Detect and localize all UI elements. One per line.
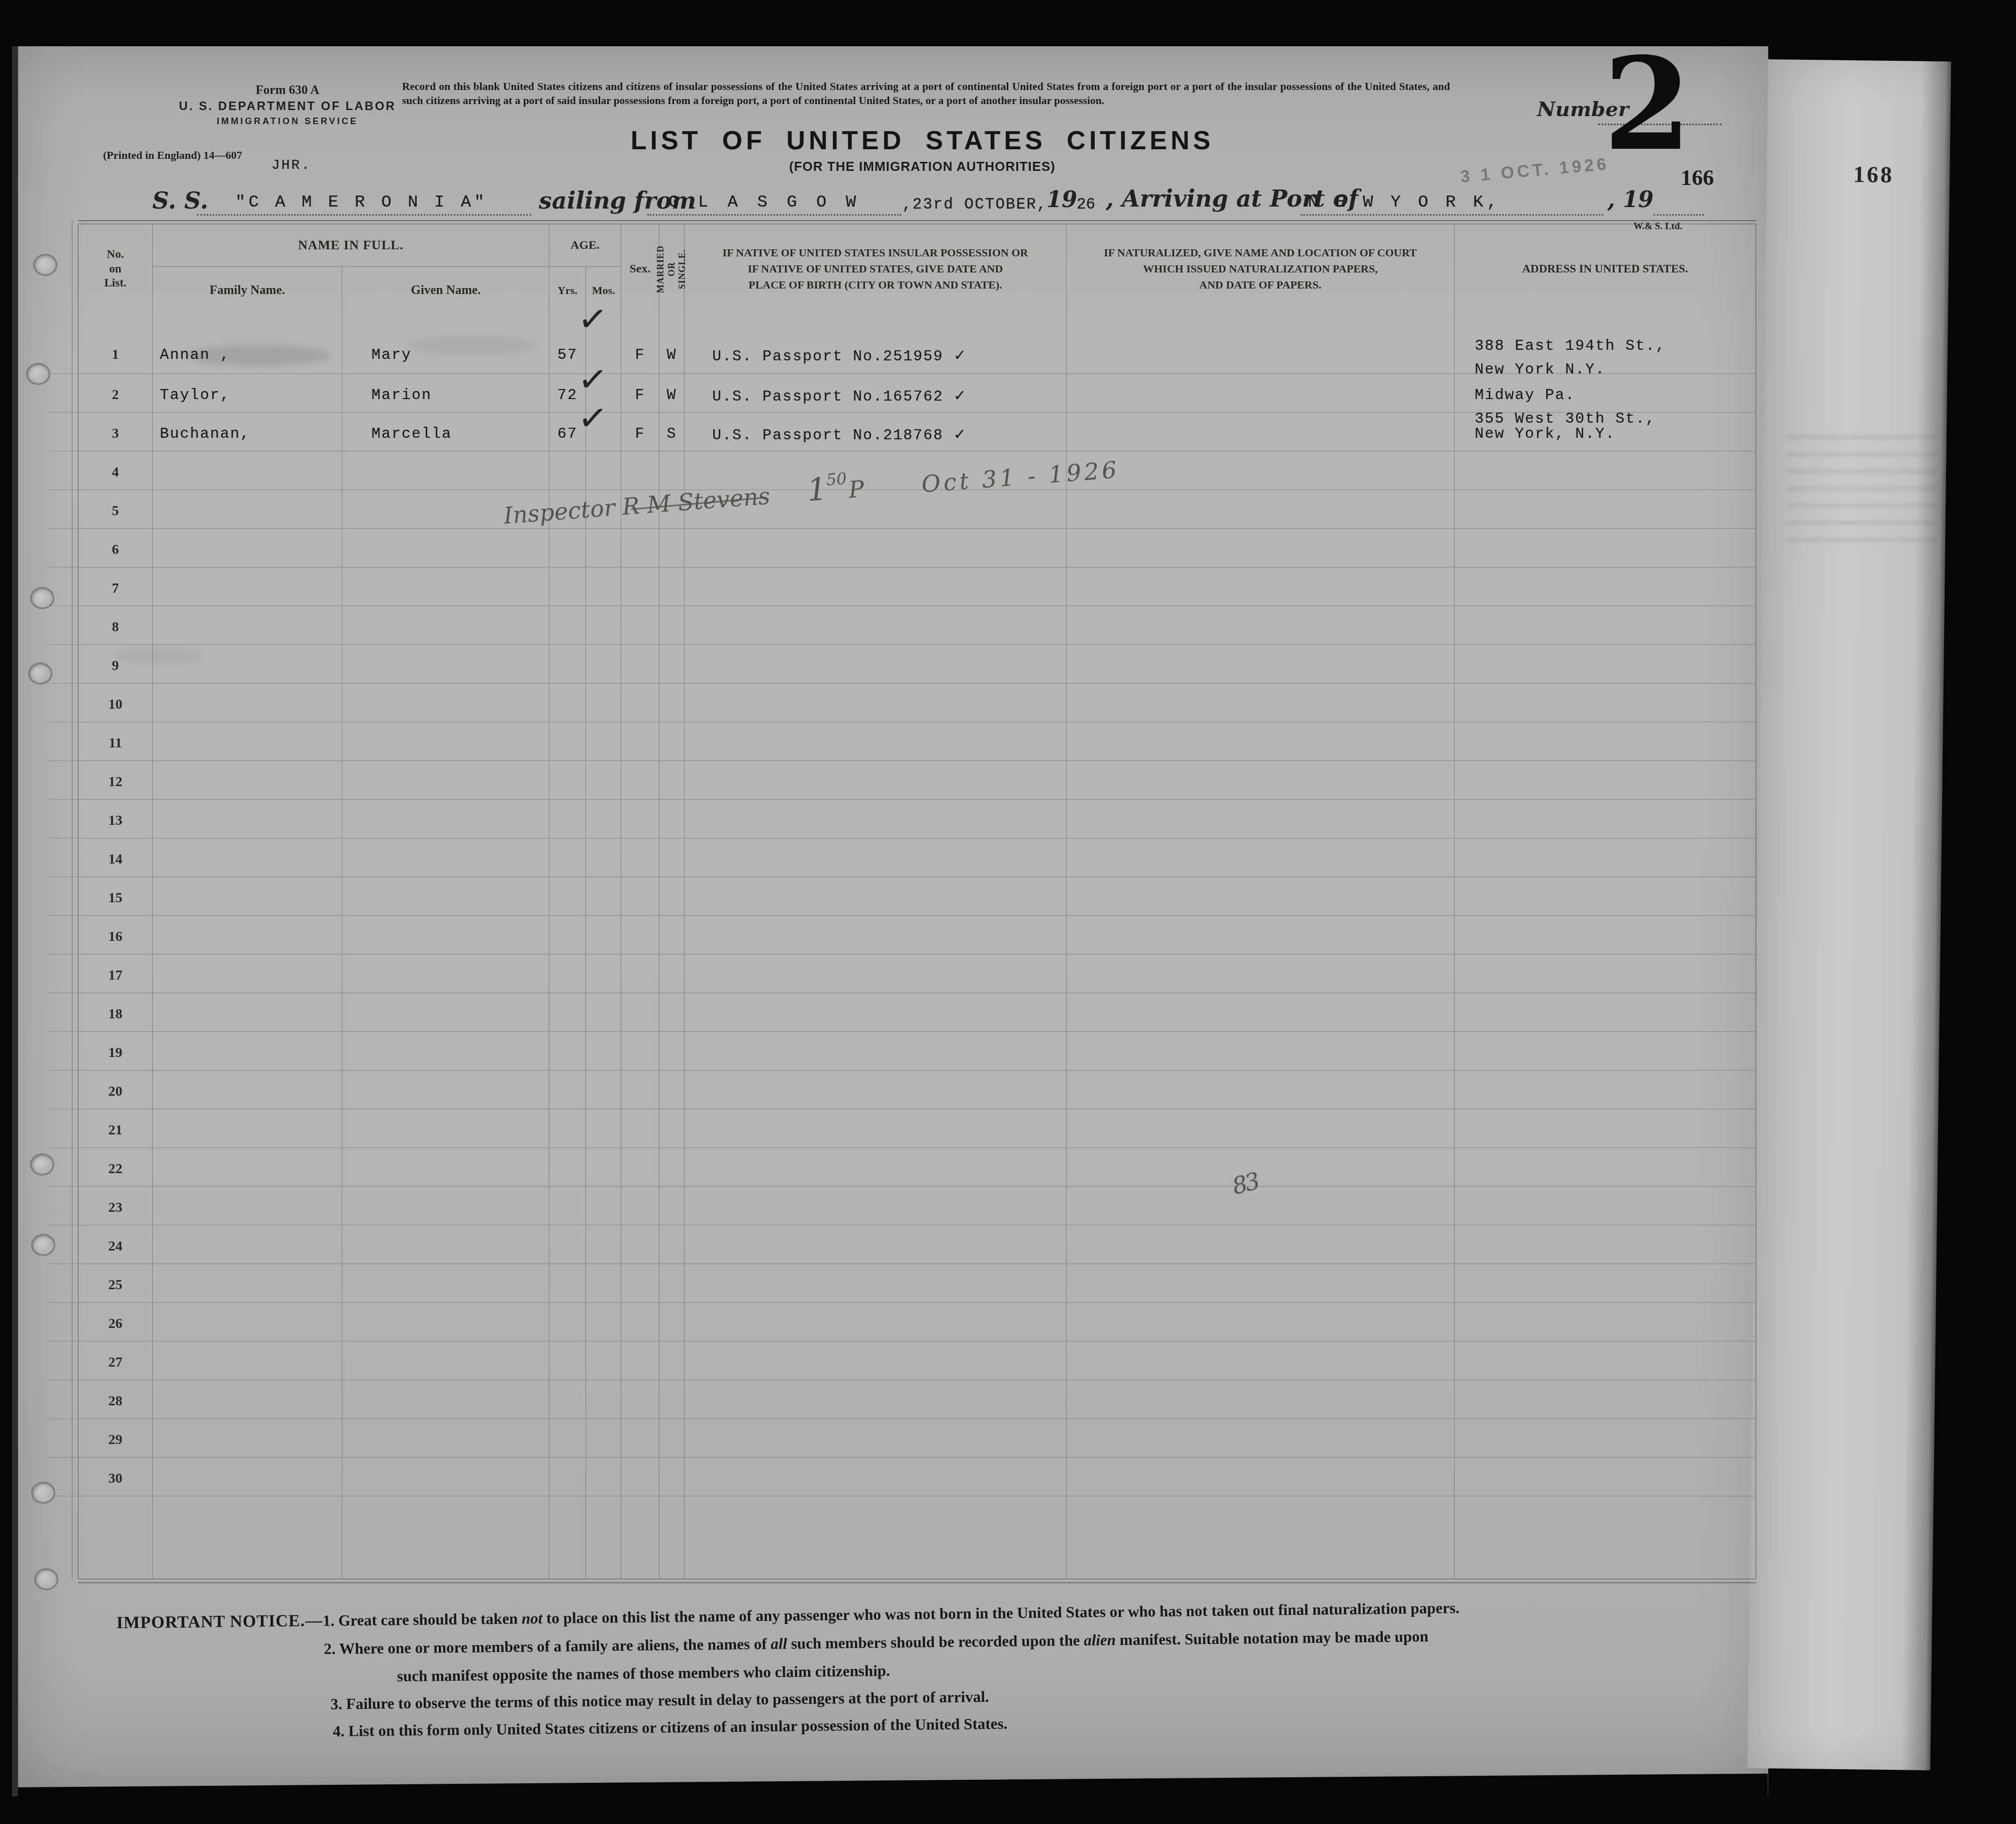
cell-married-or-single [659, 1225, 685, 1264]
cell-age-months [586, 606, 621, 644]
cell-address [1455, 645, 1756, 683]
cell-birth-or-passport: U.S. Passport No.218768 ✓ [685, 413, 1067, 451]
cell-sex [621, 567, 659, 606]
cell-address: Midway Pa. 355 West 30th St., [1455, 374, 1756, 412]
cell-naturalization [1067, 1458, 1455, 1496]
cell-married-or-single [659, 1341, 685, 1380]
cell-address [1455, 800, 1756, 838]
cell-address [1455, 1148, 1756, 1186]
filler-cell [586, 1496, 621, 1579]
cell-married-or-single [659, 567, 685, 606]
cell-row-number: 1 [78, 314, 153, 373]
cell-address [1455, 1303, 1756, 1341]
cell-row-number: 24 [78, 1225, 153, 1264]
cell-given-name [342, 877, 549, 915]
cell-age-months [586, 1032, 621, 1070]
cell-given-name [342, 722, 549, 760]
cell-married-or-single [659, 1071, 685, 1109]
cell-given-name [342, 1032, 549, 1070]
table-row: 9 [78, 645, 1756, 684]
year-blank-label: , 19 [1607, 187, 1654, 213]
col-header-family-name: Family Name. [153, 267, 342, 314]
cell-naturalization [1067, 1341, 1455, 1380]
cell-birth-or-passport [685, 838, 1067, 877]
erased-smudge [113, 648, 204, 663]
cell-given-name [342, 800, 549, 838]
cell-address: 388 East 194th St., New York N.Y. [1455, 314, 1756, 373]
notice-text-italic: not [522, 1609, 543, 1627]
cell-sex [621, 1303, 659, 1341]
printer-note: (Printed in England) 14—607 [103, 149, 242, 162]
row-line-stub [48, 314, 78, 374]
cell-married-or-single [659, 877, 685, 915]
cell-address [1455, 606, 1756, 644]
cell-family-name [153, 722, 342, 760]
notice-text: 2. Where one or more members of a family… [324, 1635, 771, 1658]
cell-sex [621, 1148, 659, 1186]
cell-married-or-single [659, 645, 685, 683]
table-row: 11 [78, 722, 1756, 761]
cell-age-years [549, 1303, 586, 1341]
cell-given-name [342, 1187, 549, 1225]
cell-age-months [586, 1071, 621, 1109]
important-notice: IMPORTANT NOTICE.—1. Great care should b… [113, 1595, 1763, 1754]
cell-married-or-single [659, 1148, 685, 1186]
table-filler-row [78, 1496, 1756, 1579]
cell-age-years [549, 1380, 586, 1418]
table-row: 12 [78, 761, 1756, 800]
cell-family-name [153, 761, 342, 799]
cell-birth-or-passport [685, 1380, 1067, 1418]
cell-family-name [153, 567, 342, 606]
cell-age-months [586, 916, 621, 954]
cell-age-months [586, 1303, 621, 1341]
cell-family-name [153, 1109, 342, 1147]
cell-given-name [342, 993, 549, 1031]
cell-sex [621, 645, 659, 683]
cell-age-years [549, 761, 586, 799]
cell-row-number: 20 [78, 1071, 153, 1109]
cell-naturalization [1067, 451, 1455, 490]
cell-birth-or-passport [685, 1148, 1067, 1186]
col-header-age: AGE. [549, 224, 621, 267]
cell-address [1455, 838, 1756, 877]
cell-married-or-single [659, 1419, 685, 1457]
table-row: 7 [78, 567, 1756, 606]
cell-age-months [586, 1148, 621, 1186]
sheet-number-stamp: 2 [1603, 41, 1687, 168]
cell-married-or-single [659, 606, 685, 644]
cell-age-years [549, 916, 586, 954]
cell-naturalization [1067, 1148, 1455, 1186]
service-name: IMMIGRATION SERVICE [142, 116, 433, 127]
page-title: LIST OF UNITED STATES CITIZENS [570, 126, 1274, 156]
table-top-rule [78, 220, 1756, 221]
col-header-address: ADDRESS IN UNITED STATES. [1455, 224, 1756, 314]
page-subtitle: (FOR THE IMMIGRATION AUTHORITIES) [570, 159, 1274, 174]
cell-address [1455, 529, 1756, 567]
cell-family-name [153, 838, 342, 877]
table-row: 25 [78, 1264, 1756, 1303]
row-line-stub [48, 1264, 78, 1303]
year-blank-line [1654, 214, 1704, 216]
fee-superscript: 50 [826, 469, 847, 490]
cell-birth-or-passport: U.S. Passport No.165762 ✓ [685, 374, 1067, 412]
cell-age-months [586, 1419, 621, 1457]
departure-port-blank [647, 214, 901, 216]
filler-cell [621, 1496, 659, 1579]
cell-row-number: 27 [78, 1341, 153, 1380]
cell-given-name [342, 1458, 549, 1496]
cell-given-name [342, 645, 549, 683]
cell-age-months [586, 1109, 621, 1147]
cell-family-name: Taylor, [153, 374, 342, 412]
cell-given-name [342, 761, 549, 799]
cell-sex [621, 954, 659, 993]
ship-name-blank [197, 214, 531, 216]
row-line-stub [48, 451, 78, 490]
punch-hole [31, 1482, 55, 1504]
cell-birth-or-passport [685, 567, 1067, 606]
cell-age-months [586, 451, 621, 490]
cell-birth-or-passport [685, 1109, 1067, 1147]
table-row: 17 [78, 954, 1756, 993]
cell-age-months [586, 1225, 621, 1264]
cell-naturalization [1067, 1225, 1455, 1264]
cell-age-years [549, 993, 586, 1031]
cell-address [1455, 916, 1756, 954]
cell-address [1455, 722, 1756, 760]
cell-family-name [153, 1419, 342, 1457]
cell-age-years [549, 1187, 586, 1225]
cell-sex [621, 1187, 659, 1225]
cell-sex: F [621, 374, 659, 412]
row-line-stub [48, 800, 78, 838]
cell-married-or-single [659, 761, 685, 799]
cell-given-name: Marion [342, 374, 549, 412]
cell-row-number: 17 [78, 954, 153, 993]
row-line-stubs [48, 314, 78, 1496]
cell-given-name [342, 838, 549, 877]
cell-family-name [153, 1264, 342, 1302]
cell-address [1455, 1071, 1756, 1109]
cell-row-number: 2 [78, 374, 153, 412]
cell-given-name [342, 606, 549, 644]
cell-family-name [153, 529, 342, 567]
cell-given-name [342, 529, 549, 567]
cell-family-name [153, 490, 342, 528]
row-line-stub [48, 916, 78, 954]
punch-hole [31, 1234, 55, 1256]
notice-text-italic: all [771, 1635, 787, 1652]
cell-address [1455, 1109, 1756, 1147]
cell-address [1455, 954, 1756, 993]
table-row: 18 [78, 993, 1756, 1032]
cell-age-years [549, 567, 586, 606]
col-header-birth: IF NATIVE OF UNITED STATES INSULAR POSSE… [685, 224, 1067, 314]
page-number: 166 [1681, 165, 1714, 190]
cell-address [1455, 490, 1756, 528]
notice-text-italic: alien [1084, 1631, 1116, 1649]
form-instructions: Record on this blank United States citiz… [402, 79, 1450, 108]
row-line-stub [48, 490, 78, 529]
cell-age-months [586, 1341, 621, 1380]
cell-naturalization [1067, 645, 1455, 683]
cell-address [1455, 1225, 1756, 1264]
cell-family-name [153, 684, 342, 722]
col-header-married-or-single: MARRIED OR SINGLE. [659, 224, 685, 314]
cell-married-or-single [659, 529, 685, 567]
cell-row-number: 7 [78, 567, 153, 606]
cell-married-or-single [659, 1109, 685, 1147]
next-page-number: 168 [1853, 161, 1894, 188]
cell-married-or-single [659, 1380, 685, 1418]
table-row: 28 [78, 1380, 1756, 1419]
cell-sex [621, 1341, 659, 1380]
table-row: 19 [78, 1032, 1756, 1071]
row-line-stub [48, 1187, 78, 1225]
cell-age-years [549, 1148, 586, 1186]
arrival-port-blank [1301, 214, 1603, 216]
cell-age-years [549, 1341, 586, 1380]
cell-sex [621, 1264, 659, 1302]
cell-row-number: 3 [78, 413, 153, 451]
table-row: 26 [78, 1303, 1756, 1341]
ss-label: S. S. [152, 187, 208, 214]
cell-married-or-single [659, 916, 685, 954]
cell-family-name [153, 800, 342, 838]
sailing-date: ,23rd OCTOBER, [902, 196, 1047, 214]
col-header-naturalization: IF NATURALIZED, GIVE NAME AND LOCATION O… [1067, 224, 1455, 314]
cell-age-years [549, 800, 586, 838]
cell-age-months [586, 722, 621, 760]
table-row: 24 [78, 1225, 1756, 1264]
cell-row-number: 23 [78, 1187, 153, 1225]
filler-cell [153, 1496, 342, 1579]
table-row: 30 [78, 1458, 1756, 1496]
cell-age-years [549, 684, 586, 722]
cell-family-name [153, 1032, 342, 1070]
cell-birth-or-passport [685, 1225, 1067, 1264]
cell-given-name [342, 916, 549, 954]
cell-married-or-single [659, 800, 685, 838]
cell-naturalization [1067, 761, 1455, 799]
cell-birth-or-passport [685, 1341, 1067, 1380]
cell-age-years [549, 606, 586, 644]
table-row: 2 Taylor, Marion 72 F W U.S. Passport No… [78, 374, 1756, 413]
cell-naturalization [1067, 954, 1455, 993]
row-line-stub [48, 761, 78, 800]
cell-sex [621, 606, 659, 644]
filler-cell [342, 1496, 549, 1579]
filler-cell [549, 1496, 586, 1579]
filler-cell [659, 1496, 685, 1579]
cell-address [1455, 451, 1756, 490]
cell-age-months [586, 1458, 621, 1496]
cell-row-number: 5 [78, 490, 153, 528]
cell-address [1455, 567, 1756, 606]
row-line-stub [48, 645, 78, 684]
cell-address [1455, 1187, 1756, 1225]
table-row: 6 [78, 529, 1756, 567]
cell-married-or-single [659, 993, 685, 1031]
cell-row-number: 30 [78, 1458, 153, 1496]
table-row: 14 [78, 838, 1756, 877]
cell-given-name [342, 1419, 549, 1457]
row-line-stub [48, 993, 78, 1032]
cell-married-or-single: S [659, 413, 685, 451]
cell-age-months [586, 1264, 621, 1302]
year-typed: 26 [1077, 196, 1095, 214]
cell-birth-or-passport [685, 993, 1067, 1031]
cell-birth-or-passport [685, 645, 1067, 683]
cell-given-name [342, 567, 549, 606]
cell-age-months [586, 645, 621, 683]
cell-row-number: 10 [78, 684, 153, 722]
cell-family-name [153, 993, 342, 1031]
cell-sex [621, 1032, 659, 1070]
row-line-stub [48, 838, 78, 877]
cell-address [1455, 1380, 1756, 1418]
cell-row-number: 14 [78, 838, 153, 877]
arrival-port: N E W Y O R K, [1308, 193, 1501, 212]
cell-row-number: 16 [78, 916, 153, 954]
cell-row-number: 19 [78, 1032, 153, 1070]
row-line-stub [48, 722, 78, 761]
table-row: 10 [78, 684, 1756, 722]
cell-birth-or-passport [685, 722, 1067, 760]
cell-naturalization [1067, 606, 1455, 644]
cell-sex [621, 1419, 659, 1457]
cell-sex: F [621, 314, 659, 373]
col-header-given-name: Given Name. [342, 267, 549, 314]
cell-row-number: 18 [78, 993, 153, 1031]
fee-p: P [847, 475, 865, 503]
cell-age-years [549, 722, 586, 760]
cell-row-number: 26 [78, 1303, 153, 1341]
cell-family-name [153, 877, 342, 915]
cell-naturalization [1067, 1380, 1455, 1418]
cell-birth-or-passport [685, 1419, 1067, 1457]
cell-family-name: Buchanan, [153, 413, 342, 451]
cell-given-name [342, 1109, 549, 1147]
cell-row-number: 25 [78, 1264, 153, 1302]
cell-birth-or-passport [685, 800, 1067, 838]
table-row: 16 [78, 916, 1756, 954]
cell-age-years [549, 877, 586, 915]
filler-cell [1455, 1496, 1756, 1579]
notice-text: 1. Great care should be taken [323, 1609, 522, 1629]
filler-cell [685, 1496, 1067, 1579]
cell-naturalization [1067, 374, 1455, 412]
cell-given-name [342, 1264, 549, 1302]
cell-age-years [549, 1419, 586, 1457]
cell-age-months [586, 800, 621, 838]
row-line-stub [48, 374, 78, 413]
department-name: U. S. DEPARTMENT OF LABOR [142, 100, 433, 114]
cell-naturalization [1067, 529, 1455, 567]
cell-row-number: 29 [78, 1419, 153, 1457]
cell-age-months [586, 684, 621, 722]
col-group-name: NAME IN FULL. Family Name. Given Name. [153, 224, 549, 314]
cell-sex [621, 838, 659, 877]
cell-given-name [342, 1341, 549, 1380]
cell-naturalization [1067, 314, 1455, 373]
table-row: 29 [78, 1419, 1756, 1458]
cell-sex [621, 1071, 659, 1109]
cell-given-name [342, 684, 549, 722]
cell-naturalization [1067, 722, 1455, 760]
cell-row-number: 6 [78, 529, 153, 567]
cell-naturalization [1067, 1419, 1455, 1457]
table-row: 27 [78, 1341, 1756, 1380]
cell-sex [621, 800, 659, 838]
notice-line-2: 2. Where one or more members of a family… [324, 1627, 1428, 1658]
table-row: 22 [78, 1148, 1756, 1187]
cell-birth-or-passport [685, 1187, 1067, 1225]
year-printed: 19 [1046, 187, 1077, 213]
cell-age-years [549, 1264, 586, 1302]
cell-given-name [342, 1380, 549, 1418]
cell-address [1455, 1032, 1756, 1070]
cell-sex [621, 1380, 659, 1418]
cell-row-number: 4 [78, 451, 153, 490]
table-row: 20 [78, 1071, 1756, 1109]
notice-text: such members should be recorded upon the [787, 1631, 1084, 1653]
cell-family-name [153, 451, 342, 490]
cell-sex [621, 684, 659, 722]
cell-age-years [549, 838, 586, 877]
col-header-name-in-full: NAME IN FULL. [153, 224, 549, 267]
row-line-stub [48, 1303, 78, 1341]
cell-address [1455, 1341, 1756, 1380]
cell-age-years [549, 1071, 586, 1109]
cell-address: New York, N.Y. [1455, 413, 1756, 451]
cell-sex [621, 916, 659, 954]
cell-sex: F [621, 413, 659, 451]
cell-age-years [549, 529, 586, 567]
cell-age-months [586, 413, 621, 451]
punch-hole [33, 254, 57, 276]
cell-birth-or-passport [685, 1032, 1067, 1070]
cell-address [1455, 1458, 1756, 1496]
cell-birth-or-passport [685, 684, 1067, 722]
erased-smudge [410, 337, 535, 355]
form-number: Form 630 A [142, 83, 433, 98]
cell-married-or-single [659, 684, 685, 722]
next-page-edge: 168 [1747, 59, 1951, 1770]
col-header-no-on-list: No. on List. [78, 224, 153, 314]
cell-age-months [586, 761, 621, 799]
notice-lead: IMPORTANT NOTICE.— [117, 1611, 323, 1633]
cell-family-name [153, 1148, 342, 1186]
cell-family-name [153, 606, 342, 644]
cell-row-number: 15 [78, 877, 153, 915]
cell-age-months [586, 529, 621, 567]
cell-naturalization [1067, 993, 1455, 1031]
cell-naturalization [1067, 413, 1455, 451]
table-bottom-rule [78, 1582, 1756, 1583]
cell-naturalization [1067, 490, 1455, 528]
cell-sex [621, 993, 659, 1031]
cell-age-years [549, 451, 586, 490]
punch-hole [34, 1568, 58, 1590]
punch-hole [28, 662, 52, 685]
notice-line-3: such manifest opposite the names of thos… [397, 1662, 890, 1685]
cell-age-months [586, 567, 621, 606]
cell-address [1455, 1264, 1756, 1302]
row-line-stub [48, 1032, 78, 1071]
